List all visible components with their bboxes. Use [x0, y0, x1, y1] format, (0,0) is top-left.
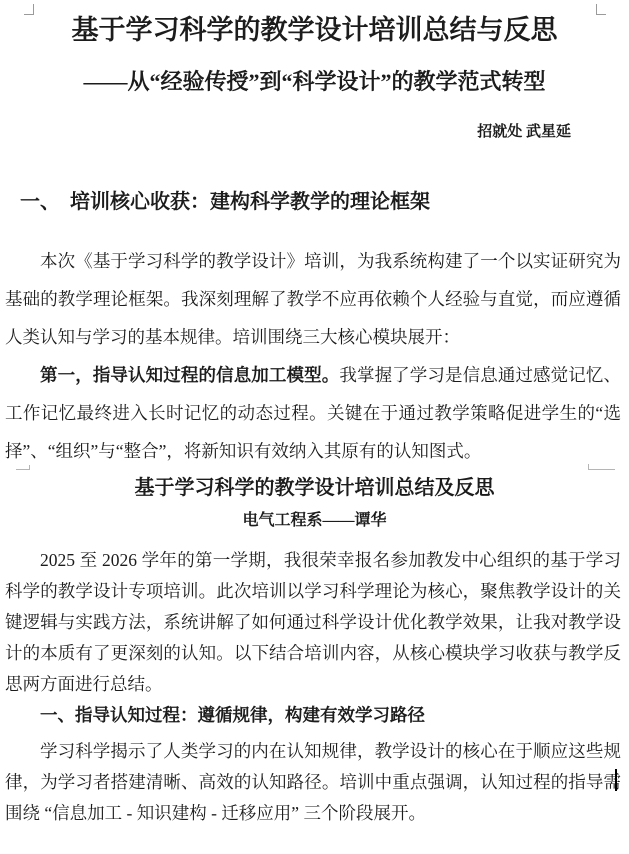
- document-page[interactable]: 基于学习科学的教学设计培训总结与反思 ——从“经验传授”到“科学设计”的教学范式…: [0, 0, 629, 854]
- doc2-byline[interactable]: 电气工程系——谭华: [0, 509, 629, 532]
- text-boundary-corner-icon-mid-right: [588, 464, 615, 470]
- doc1-paragraph-2[interactable]: 第一，指导认知过程的信息加工模型。我掌握了学习是信息通过感觉记忆、工作记忆最终进…: [5, 356, 621, 470]
- doc2-paragraph-1[interactable]: 2025 至 2026 学年的第一学期，我很荣幸报名参加教发中心组织的基于学习科…: [5, 545, 621, 700]
- doc1-title[interactable]: 基于学习科学的教学设计培训总结与反思: [0, 12, 629, 48]
- doc1-paragraph-2-bold-lead: 第一，指导认知过程的信息加工模型。: [40, 365, 339, 385]
- doc1-author-line[interactable]: 招就处 武星延: [0, 121, 571, 143]
- doc1-section-heading[interactable]: 一、 培训核心收获：建构科学教学的理论框架: [20, 189, 619, 216]
- text-cursor-caret: [615, 769, 617, 791]
- doc1-subtitle[interactable]: ——从“经验传授”到“科学设计”的教学范式转型: [0, 66, 629, 98]
- doc2-title[interactable]: 基于学习科学的教学设计培训总结及反思: [0, 475, 629, 502]
- doc1-body: 本次《基于学习科学的教学设计》培训，为我系统构建了一个以实证研究为基础的教学理论…: [5, 242, 621, 470]
- text-boundary-corner-icon-mid-left: [16, 465, 30, 470]
- doc2-section-heading[interactable]: 一、指导认知过程：遵循规律，构建有效学习路径: [5, 700, 621, 731]
- doc1-paragraph-1[interactable]: 本次《基于学习科学的教学设计》培训，为我系统构建了一个以实证研究为基础的教学理论…: [5, 242, 621, 356]
- doc2-paragraph-2[interactable]: 学习科学揭示了人类学习的内在认知规律，教学设计的核心在于顺应这些规律，为学习者搭…: [5, 736, 621, 829]
- doc2-body: 2025 至 2026 学年的第一学期，我很荣幸报名参加教发中心组织的基于学习科…: [5, 545, 621, 829]
